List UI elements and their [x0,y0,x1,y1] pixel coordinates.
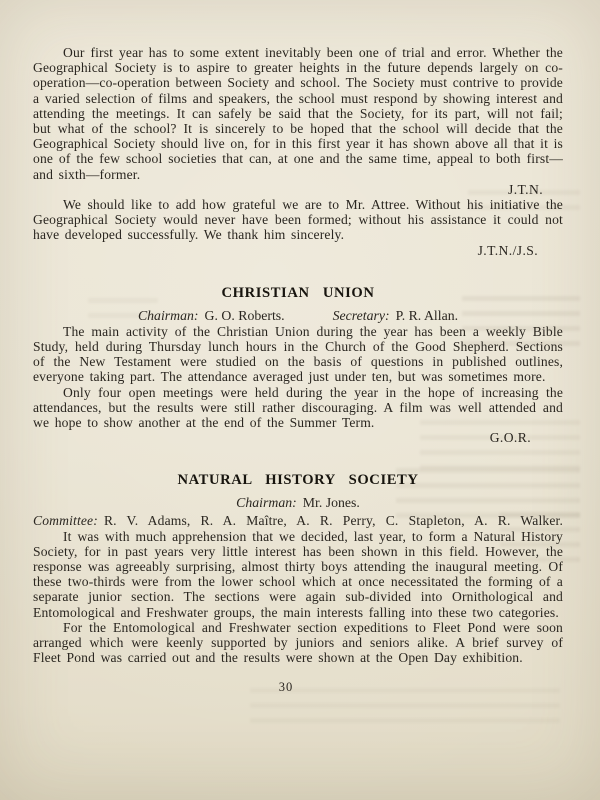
christian-union-officers: Chairman:G. O. Roberts. Secretary:P. R. … [33,308,563,324]
chairman-label: Chairman: [236,495,297,510]
committee-label: Committee: [33,513,98,528]
page-number: 30 [33,680,563,695]
natural-history-society-title: NATURAL HISTORY SOCIETY [33,471,563,489]
christian-union-chairman: Chairman:G. O. Roberts. [138,308,285,324]
chairman-name: Mr. Jones. [303,495,360,510]
geographical-society-paragraph-1: Our first year has to some extent inevit… [33,45,563,182]
secretary-label: Secretary: [333,308,390,323]
committee-members: R. V. Adams, R. A. Maître, A. R. Perry, … [104,513,563,528]
natural-history-society-paragraph-2: For the Entomological and Freshwater sec… [33,620,563,666]
christian-union-paragraph-1: The main activity of the Christian Union… [33,324,563,385]
christian-union-paragraph-2: Only four open meetings were held during… [33,385,563,431]
natural-history-society-paragraph-1: It was with much apprehension that we de… [33,529,563,620]
christian-union-secretary: Secretary:P. R. Allan. [333,308,458,324]
scanned-magazine-page: Our first year has to some extent inevit… [0,0,600,800]
geographical-society-paragraph-2: We should like to add how grateful we ar… [33,197,563,243]
page-content: Our first year has to some extent inevit… [0,0,600,800]
natural-history-society-chairman-line: Chairman:Mr. Jones. [33,495,563,511]
signature-gor: G.O.R. [33,430,563,445]
natural-history-society-committee-line: Committee:R. V. Adams, R. A. Maître, A. … [33,513,563,528]
signature-jtn: J.T.N. [33,182,563,197]
secretary-name: P. R. Allan. [396,308,458,323]
chairman-name: G. O. Roberts. [205,308,285,323]
chairman-label: Chairman: [138,308,199,323]
signature-jtn-js: J.T.N./J.S. [33,243,563,258]
natural-history-society-chairman: Chairman:Mr. Jones. [236,495,360,511]
christian-union-title: CHRISTIAN UNION [33,284,563,302]
